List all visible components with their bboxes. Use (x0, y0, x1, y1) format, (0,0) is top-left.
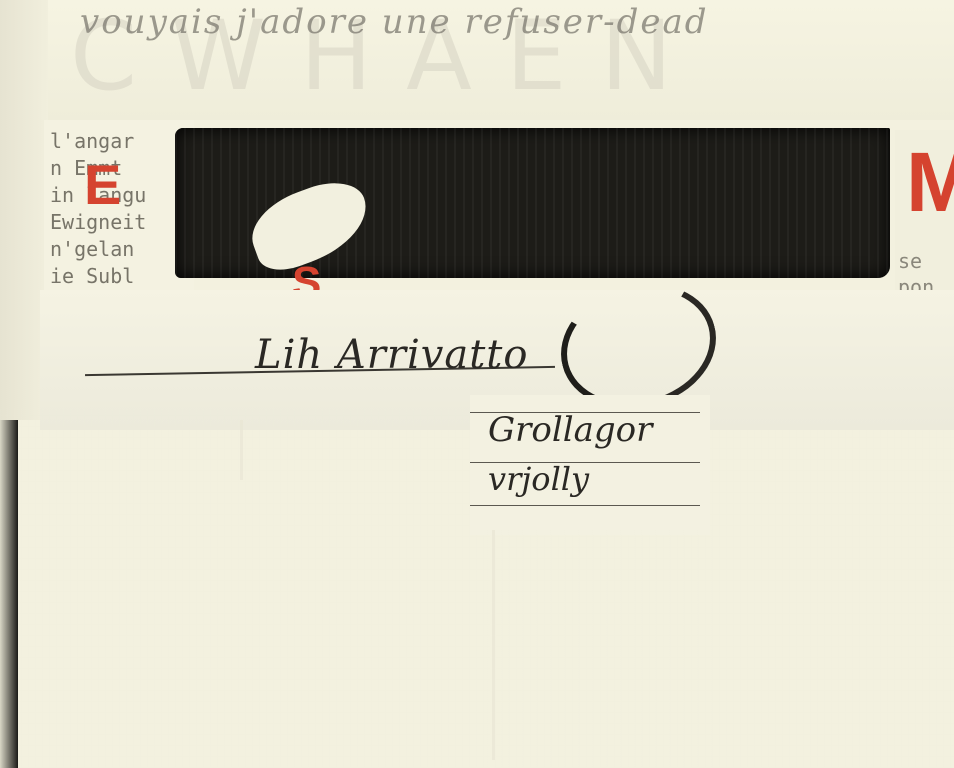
white-drip (240, 420, 243, 480)
red-letter-e: E (84, 152, 121, 217)
left-bottom-edge (0, 420, 18, 768)
ruled-line (470, 505, 700, 506)
lower-center-black-field (480, 530, 720, 768)
lower-left-black-field (0, 408, 490, 768)
top-pencil-script: vouyais j'adore une refuser-dead (80, 2, 709, 42)
red-letter-m: M (906, 134, 954, 231)
handwriting-line-1: Lih Arrivatto (255, 332, 528, 378)
white-drip (492, 530, 495, 760)
handwriting-line-2: Grollagor (488, 410, 652, 450)
handwriting-line-3: vrjolly (488, 460, 589, 498)
